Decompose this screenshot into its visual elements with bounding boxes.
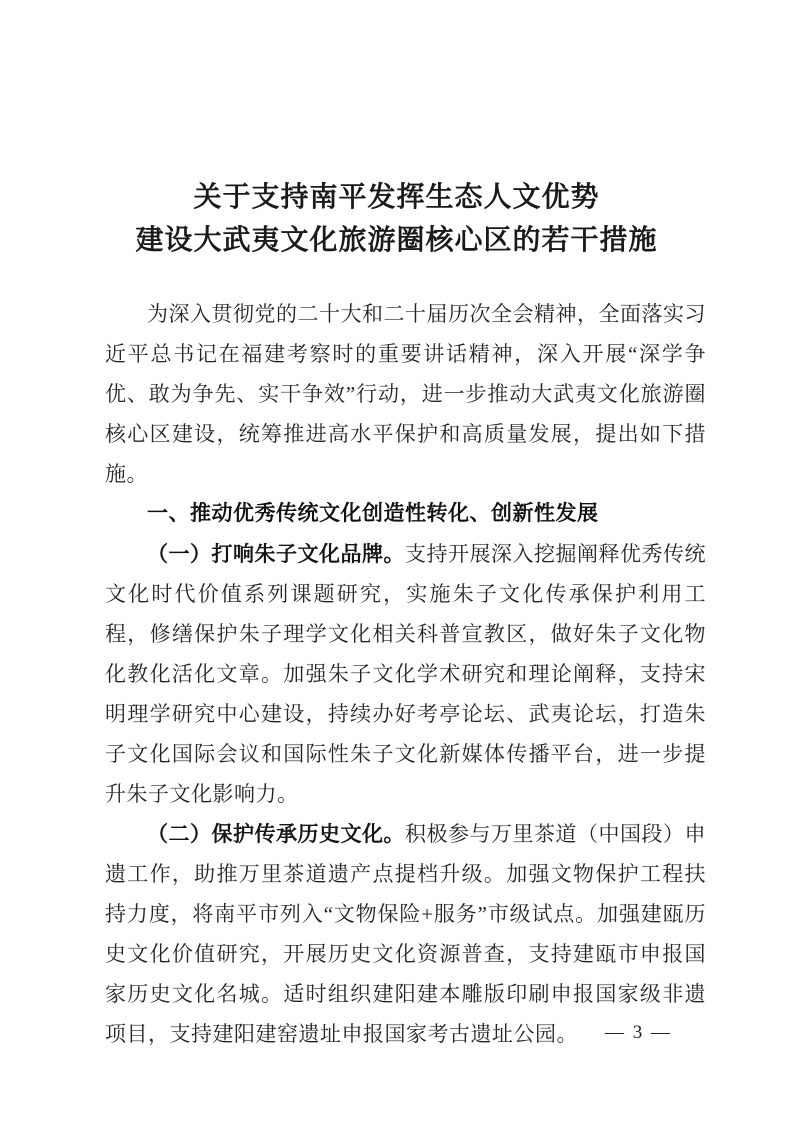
policy-item-1: （一）打响朱子文化品牌。支持开展深入挖掘阐释优秀传统文化时代价值系列课题研究，实… bbox=[105, 534, 706, 814]
document-body: 为深入贯彻党的二十大和二十届历次全会精神，全面落实习近平总书记在福建考察时的重要… bbox=[105, 294, 706, 1054]
document-title: 关于支持南平发挥生态人文优势 建设大武夷文化旅游圈核心区的若干措施 bbox=[0, 176, 793, 262]
title-line-2: 建设大武夷文化旅游圈核心区的若干措施 bbox=[0, 219, 793, 262]
page-number: — 3 — bbox=[605, 1022, 672, 1044]
title-line-1: 关于支持南平发挥生态人文优势 bbox=[0, 176, 793, 219]
policy-item-2-lead: （二）保护传承历史文化。 bbox=[147, 822, 405, 846]
policy-item-2-text: 积极参与万里茶道（中国段）申遗工作，助推万里茶道遗产点提档升级。加强文物保护工程… bbox=[105, 822, 706, 1046]
policy-item-1-text: 支持开展深入挖掘阐释优秀传统文化时代价值系列课题研究，实施朱子文化传承保护利用工… bbox=[105, 542, 706, 806]
section-1-heading: 一、推动优秀传统文化创造性转化、创新性发展 bbox=[105, 494, 706, 534]
policy-item-2: （二）保护传承历史文化。积极参与万里茶道（中国段）申遗工作，助推万里茶道遗产点提… bbox=[105, 814, 706, 1054]
policy-item-1-lead: （一）打响朱子文化品牌。 bbox=[147, 542, 405, 566]
intro-paragraph: 为深入贯彻党的二十大和二十届历次全会精神，全面落实习近平总书记在福建考察时的重要… bbox=[105, 294, 706, 494]
document-page: 关于支持南平发挥生态人文优势 建设大武夷文化旅游圈核心区的若干措施 为深入贯彻党… bbox=[0, 0, 793, 1122]
